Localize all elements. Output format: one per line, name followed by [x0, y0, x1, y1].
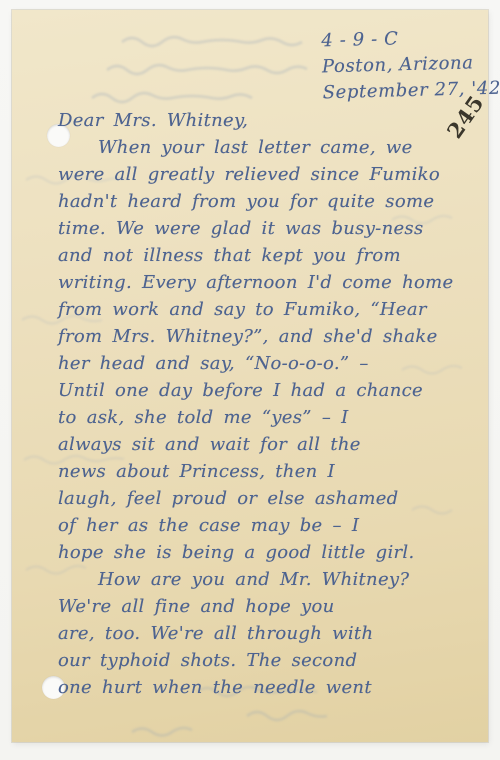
- letter-line: time. We were glad it was busy-ness: [58, 215, 453, 242]
- letter-line: one hurt when the needle went: [58, 674, 453, 701]
- letter-line: from work and say to Fumiko, “Hear: [58, 296, 453, 323]
- letter-line: Until one day before I had a chance: [58, 377, 453, 404]
- letter-line: hope she is being a good little girl.: [58, 539, 453, 566]
- letter-body: Dear Mrs. Whitney, When your last letter…: [58, 107, 453, 701]
- letter-line: hadn't heard from you for quite some: [58, 188, 453, 215]
- letter-line: our typhoid shots. The second: [58, 647, 453, 674]
- letter-line: When your last letter came, we: [58, 134, 453, 161]
- letter-line: laugh, feel proud or else ashamed: [58, 485, 453, 512]
- letter-line: news about Princess, then I: [58, 458, 453, 485]
- letter-line: were all greatly relieved since Fumiko: [58, 161, 453, 188]
- letter-line: of her as the case may be – I: [58, 512, 453, 539]
- letter-line: her head and say, “No-o-o-o.” –: [58, 350, 453, 377]
- letter-line: are, too. We're all through with: [58, 620, 453, 647]
- salutation: Dear Mrs. Whitney,: [58, 107, 453, 134]
- letter-line: How are you and Mr. Whitney?: [58, 566, 453, 593]
- letter-line: and not illness that kept you from: [58, 242, 453, 269]
- letter-line: We're all fine and hope you: [58, 593, 453, 620]
- letter-line: always sit and wait for all the: [58, 431, 453, 458]
- letter-line: writing. Every afternoon I'd come home: [58, 269, 453, 296]
- letter-line: from Mrs. Whitney?”, and she'd shake: [58, 323, 453, 350]
- letter-page: 4 - 9 - C Poston, Arizona September 27, …: [12, 10, 488, 742]
- scan-background: 4 - 9 - C Poston, Arizona September 27, …: [0, 0, 500, 760]
- letter-line: to ask, she told me “yes” – I: [58, 404, 453, 431]
